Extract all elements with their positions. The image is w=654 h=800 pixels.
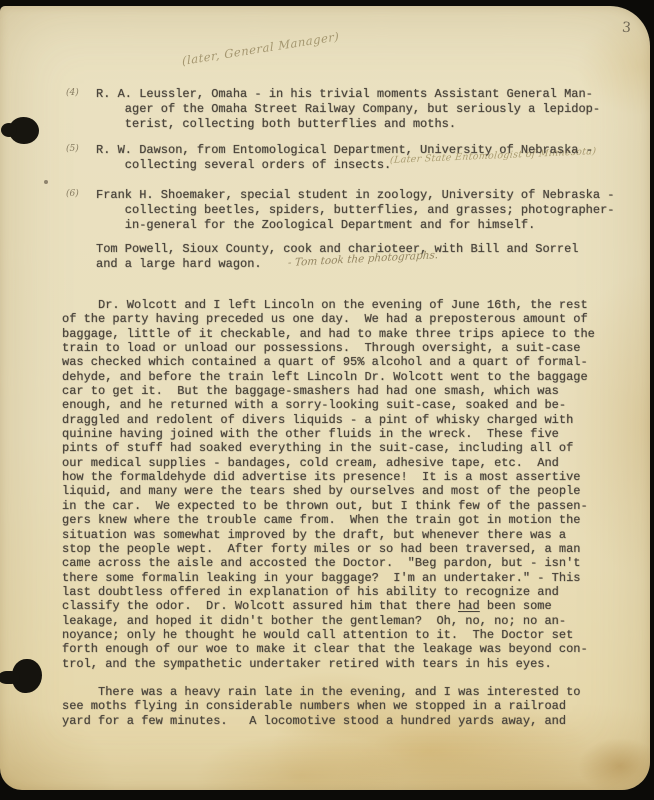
typed-line: noyance; only he thought he would call a… xyxy=(62,628,595,642)
typed-line: collecting beetles, spiders, butterflies… xyxy=(96,203,614,218)
roster-entry-powell: Tom Powell, Sioux County, cook and chari… xyxy=(96,242,578,272)
typed-line: draggled and redolent of divers liquids … xyxy=(62,413,595,427)
typed-line: baggage, little of it checkable, and had… xyxy=(62,327,595,341)
page-number: 3 xyxy=(621,20,631,37)
underlined-word: had xyxy=(458,599,480,613)
handwritten-note-general-manager: (later, General Manager) xyxy=(182,29,340,68)
body-paragraph-train-trip: Dr. Wolcott and I left Lincoln on the ev… xyxy=(62,298,595,671)
typed-line: collecting several orders of insects. xyxy=(96,158,593,173)
paper-speck xyxy=(44,180,48,184)
typed-line: leakage, and hoped it didn't bother the … xyxy=(62,614,595,628)
typed-line: car to get it. But the baggage-smashers … xyxy=(62,384,595,398)
roster-entry-leussler: (4) R. A. Leussler, Omaha - in his trivi… xyxy=(96,87,600,132)
typed-line: enough, and he returned with a sorry-loo… xyxy=(62,398,595,412)
paragraph-lines: Dr. Wolcott and I left Lincoln on the ev… xyxy=(62,298,595,599)
typed-line: ager of the Omaha Street Railway Company… xyxy=(96,102,600,117)
document-page: 3 (later, General Manager) (Later State … xyxy=(0,6,650,790)
typed-line: stop the people wept. After forty miles … xyxy=(62,542,595,556)
typed-line: of the party having preceded us one day.… xyxy=(62,312,595,326)
entry-lines: Frank H. Shoemaker, special student in z… xyxy=(96,188,614,233)
typed-line: quinine having joined with the other flu… xyxy=(62,427,595,441)
paragraph-lines: leakage, and hoped it didn't bother the … xyxy=(62,614,595,671)
typed-line: see moths flying in considerable numbers… xyxy=(62,699,580,713)
ink-blot-mark xyxy=(12,659,42,693)
typed-line: how the formaldehyde did advertise its p… xyxy=(62,470,595,484)
roster-entry-dawson: (5) R. W. Dawson, from Entomological Dep… xyxy=(96,143,593,173)
typed-line: last doubtless offered in explanation of… xyxy=(62,585,595,599)
typed-line: trol, and the sympathetic undertaker ret… xyxy=(62,657,595,671)
typed-line: our medical supplies - bandages, cold cr… xyxy=(62,456,595,470)
paragraph-lines: There was a heavy rain late in the eveni… xyxy=(62,685,580,728)
line-segment: classify the odor. Dr. Wolcott assured h… xyxy=(62,599,458,613)
typed-line: there some formalin leaking in your bagg… xyxy=(62,571,595,585)
typed-line: situation was somewhat improved by the d… xyxy=(62,528,595,542)
typed-line: in-general for the Zoological Department… xyxy=(96,218,614,233)
margin-number: (5) xyxy=(66,144,79,154)
entry-lines: Tom Powell, Sioux County, cook and chari… xyxy=(96,242,578,272)
typed-line: pints of stuff had soaked everything in … xyxy=(62,441,595,455)
typed-line: R. A. Leussler, Omaha - in his trivial m… xyxy=(96,87,600,102)
typed-line: dehyde, and before the train left Lincol… xyxy=(62,370,595,384)
typed-line: terist, collecting both butterflies and … xyxy=(96,117,600,132)
typed-line: Frank H. Shoemaker, special student in z… xyxy=(96,188,614,203)
typed-line: yard for a few minutes. A locomotive sto… xyxy=(62,714,580,728)
typed-line: There was a heavy rain late in the eveni… xyxy=(62,685,580,699)
typed-line: and a large hard wagon. xyxy=(96,257,578,272)
ink-blot-mark xyxy=(9,117,39,144)
typed-line: came across the aisle and accosted the D… xyxy=(62,556,595,570)
typed-line: liquid, and many were the tears shed by … xyxy=(62,484,595,498)
typed-line: was checked which contained a quart of 9… xyxy=(62,355,595,369)
typed-line: forth enough of our woe to make it clear… xyxy=(62,642,595,656)
line-segment: been some xyxy=(480,599,552,613)
typed-line: Tom Powell, Sioux County, cook and chari… xyxy=(96,242,578,257)
entry-lines: R. A. Leussler, Omaha - in his trivial m… xyxy=(96,87,600,132)
body-paragraph-rain-moths: There was a heavy rain late in the eveni… xyxy=(62,685,580,728)
typed-line: R. W. Dawson, from Entomological Departm… xyxy=(96,143,593,158)
typed-line: classify the odor. Dr. Wolcott assured h… xyxy=(62,599,595,613)
margin-number: (6) xyxy=(66,189,79,199)
typed-line: Dr. Wolcott and I left Lincoln on the ev… xyxy=(62,298,595,312)
typed-line: in the car. We expected to be thrown out… xyxy=(62,499,595,513)
entry-lines: R. W. Dawson, from Entomological Departm… xyxy=(96,143,593,173)
margin-number: (4) xyxy=(66,88,79,98)
typed-line: gers knew where the trouble came from. W… xyxy=(62,513,595,527)
roster-entry-shoemaker: (6) Frank H. Shoemaker, special student … xyxy=(96,188,614,233)
typed-line: train to load or unload our possessions.… xyxy=(62,341,595,355)
